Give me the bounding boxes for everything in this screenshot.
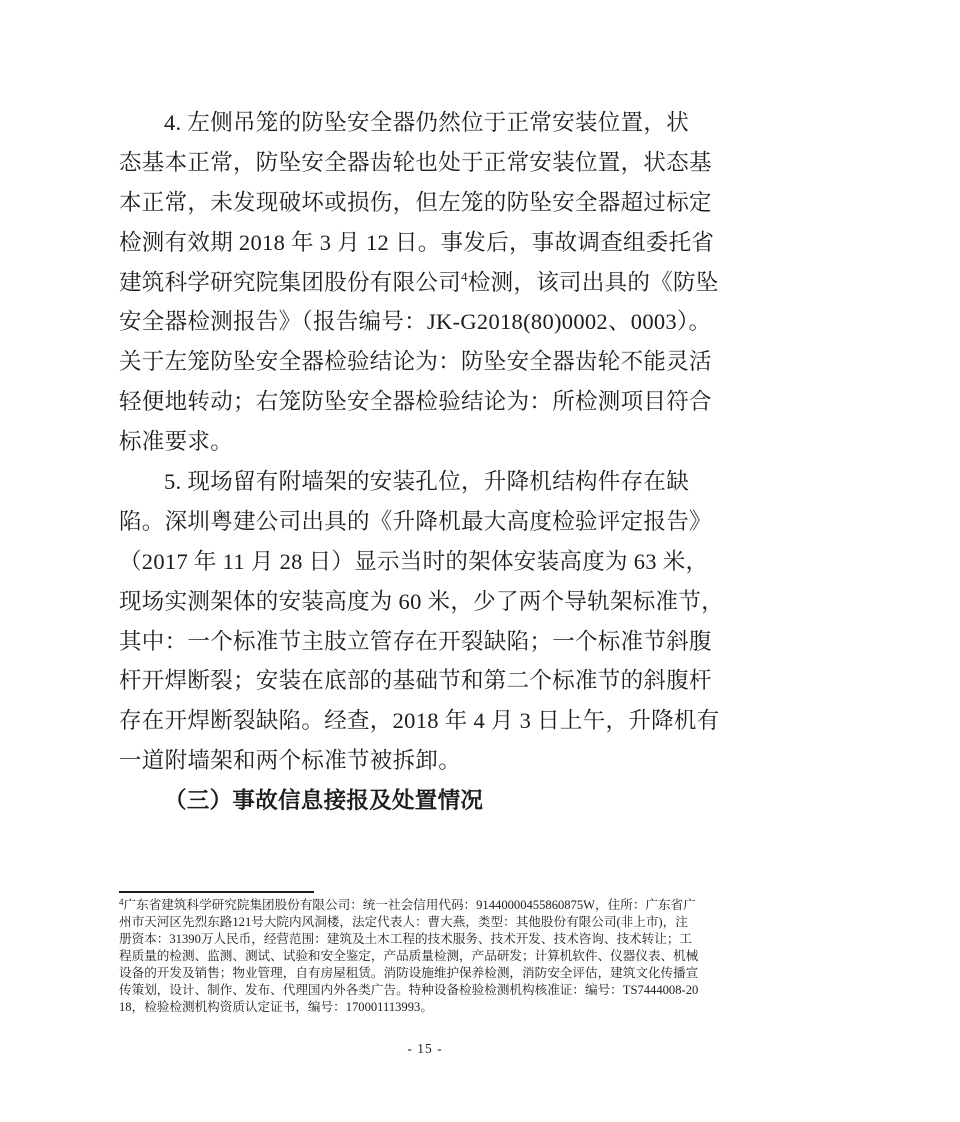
paragraph-5-line: 现场实测架体的安装高度为 60 米，少了两个导轨架标准节， (119, 582, 779, 622)
paragraph-5-line: 存在开焊断裂缺陷。经查，2018 年 4 月 3 日上午，升降机有 (119, 701, 779, 741)
paragraph-4-line: 安全器检测报告》（报告编号：JK-G2018(80)0002、0003）。 (119, 302, 779, 342)
page-number: - 15 - (119, 1040, 731, 1057)
footnote-line: 州市天河区先烈东路121号大院内风洞楼，法定代表人：曹大燕，类型：其他股份有限公… (119, 914, 739, 931)
paragraph-4-line: 标准要求。 (119, 422, 779, 462)
paragraph-4-line: 关于左笼防坠安全器检验结论为：防坠安全器齿轮不能灵活 (119, 342, 779, 382)
section-heading: （三）事故信息接报及处置情况 (119, 781, 779, 821)
paragraph-5-line: 杆开焊断裂；安装在底部的基础节和第二个标准节的斜腹杆 (119, 661, 779, 701)
footnote-line: 18，检验检测机构资质认定证书，编号：170001113993。 (119, 999, 739, 1016)
footnote-separator (119, 891, 314, 893)
paragraph-4-line: 检测有效期 2018 年 3 月 12 日。事发后，事故调查组委托省 (119, 223, 779, 263)
paragraph-5-line: 陷。深圳粤建公司出具的《升降机最大高度检验评定报告》 (119, 502, 779, 542)
paragraph-4-line-text: 建筑科学研究院集团股份有限公司 (119, 270, 461, 295)
paragraph-4-line: 本正常，未发现破坏或损伤，但左笼的防坠安全器超过标定 (119, 183, 779, 223)
footnote-line-text: 广东省建筑科学研究院集团股份有限公司：统一社会信用代码：914400004558… (124, 898, 696, 912)
footnote-reference-4: 4 (461, 269, 468, 284)
paragraph-4-line-text: 检测，该司出具的《防坠 (468, 270, 719, 295)
footnote-line: 设备的开发及销售；物业管理，自有房屋租赁。消防设施维护保养检测，消防安全评估，建… (119, 965, 739, 982)
paragraph-4-line: 轻便地转动；右笼防坠安全器检验结论为：所检测项目符合 (119, 382, 779, 422)
report-body: 4. 左侧吊笼的防坠安全器仍然位于正常安装位置，状 态基本正常，防坠安全器齿轮也… (119, 103, 779, 821)
paragraph-4-line: 4. 左侧吊笼的防坠安全器仍然位于正常安装位置，状 (119, 103, 779, 143)
paragraph-5-line: 一道附墙架和两个标准节被拆卸。 (119, 741, 779, 781)
paragraph-5-line: （2017 年 11 月 28 日）显示当时的架体安装高度为 63 米， (119, 542, 779, 582)
paragraph-4-line: 建筑科学研究院集团股份有限公司4检测，该司出具的《防坠 (119, 263, 779, 303)
document-page: 4. 左侧吊笼的防坠安全器仍然位于正常安装位置，状 态基本正常，防坠安全器齿轮也… (0, 0, 960, 1122)
paragraph-5-line: 其中：一个标准节主肢立管存在开裂缺陷；一个标准节斜腹 (119, 622, 779, 662)
footnote-line: 册资本：31390万人民币，经营范围：建筑及土木工程的技术服务、技术开发、技术咨… (119, 931, 739, 948)
footnote-line: 程质量的检测、监测、测试、试验和安全鉴定，产品质量检测，产品研发；计算机软件、仪… (119, 948, 739, 965)
paragraph-5-line: 5. 现场留有附墙架的安装孔位，升降机结构件存在缺 (119, 462, 779, 502)
paragraph-4-line: 态基本正常，防坠安全器齿轮也处于正常安装位置，状态基 (119, 143, 779, 183)
footnote-line: 4广东省建筑科学研究院集团股份有限公司：统一社会信用代码：91440000455… (119, 897, 739, 914)
footnote-block: 4广东省建筑科学研究院集团股份有限公司：统一社会信用代码：91440000455… (119, 897, 739, 1016)
footnote-line: 传策划，设计、制作、发布、代理国内外各类广告。特种设备检验检测机构核准证：编号：… (119, 982, 739, 999)
